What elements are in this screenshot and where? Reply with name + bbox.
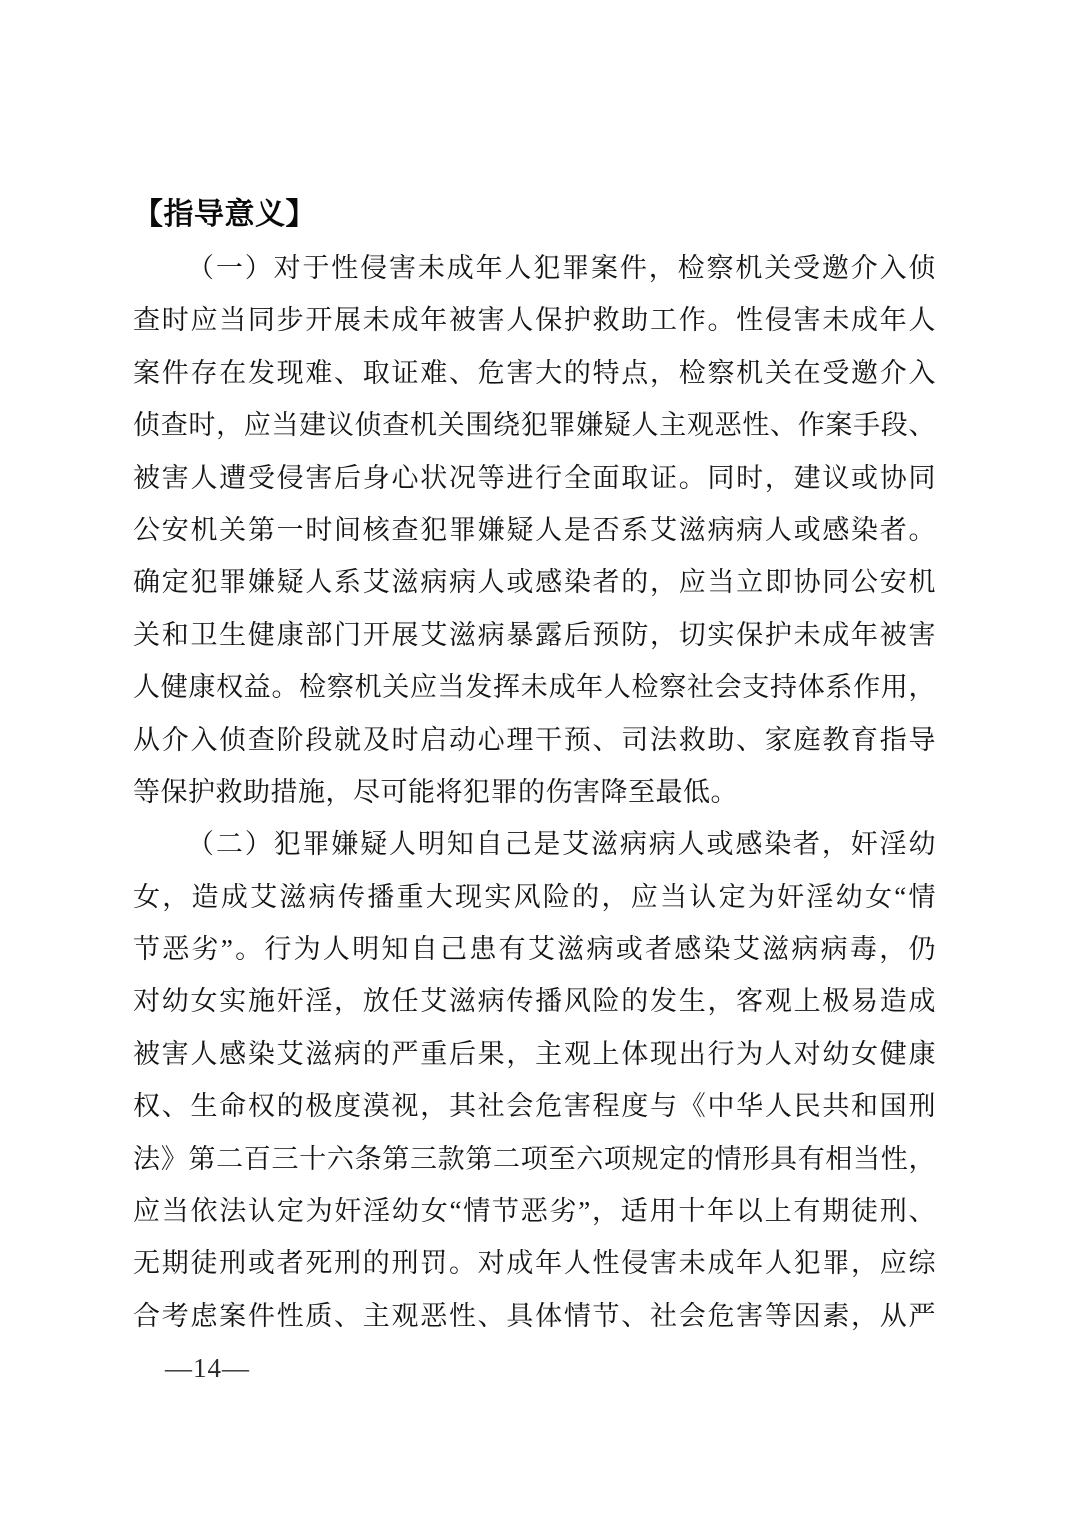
text-line: 被害人遭受侵害后身心状况等进行全面取证。同时，建议或协同 [133,452,936,504]
text-line: 节恶劣”。行为人明知自己患有艾滋病或者感染艾滋病病毒，仍 [133,923,936,975]
text-line: 合考虑案件性质、主观恶性、具体情节、社会危害等因素，从严 [133,1290,936,1342]
text-line: 等保护救助措施，尽可能将犯罪的伤害降至最低。 [133,766,936,818]
text-line: 从介入侦查阶段就及时启动心理干预、司法救助、家庭教育指导 [133,714,936,766]
text-line: 权、生命权的极度漠视，其社会危害程度与《中华人民共和国刑 [133,1080,936,1132]
text-line: （二）犯罪嫌疑人明知自己是艾滋病病人或感染者，奸淫幼 [133,818,936,870]
text-line: 查时应当同步开展未成年被害人保护救助工作。性侵害未成年人 [133,294,936,346]
text-line: 女，造成艾滋病传播重大现实风险的，应当认定为奸淫幼女“情 [133,871,936,923]
paragraph-1: （一）对于性侵害未成年人犯罪案件，检察机关受邀介入侦查时应当同步开展未成年被害人… [133,242,936,818]
paragraph-2: （二）犯罪嫌疑人明知自己是艾滋病病人或感染者，奸淫幼女，造成艾滋病传播重大现实风… [133,818,936,1342]
document-content: 【指导意义】 （一）对于性侵害未成年人犯罪案件，检察机关受邀介入侦查时应当同步开… [133,196,936,1342]
text-line: 无期徒刑或者死刑的刑罚。对成年人性侵害未成年人犯罪，应综 [133,1237,936,1289]
text-line: 公安机关第一时间核查犯罪嫌疑人是否系艾滋病病人或感染者。 [133,504,936,556]
text-line: 应当依法认定为奸淫幼女“情节恶劣”，适用十年以上有期徒刑、 [133,1185,936,1237]
document-body: （一）对于性侵害未成年人犯罪案件，检察机关受邀介入侦查时应当同步开展未成年被害人… [133,242,936,1342]
text-line: 确定犯罪嫌疑人系艾滋病病人或感染者的，应当立即协同公安机 [133,556,936,608]
text-line: 侦查时，应当建议侦查机关围绕犯罪嫌疑人主观恶性、作案手段、 [133,399,936,451]
section-heading: 【指导意义】 [133,196,936,234]
text-line: 法》第二百三十六条第三款第二项至六项规定的情形具有相当性， [133,1133,936,1185]
text-line: 案件存在发现难、取证难、危害大的特点，检察机关在受邀介入 [133,347,936,399]
text-line: 被害人感染艾滋病的严重后果，主观上体现出行为人对幼女健康 [133,1028,936,1080]
text-line: 人健康权益。检察机关应当发挥未成年人检察社会支持体系作用， [133,661,936,713]
page-number: —14— [165,1345,250,1391]
text-line: 关和卫生健康部门开展艾滋病暴露后预防，切实保护未成年被害 [133,609,936,661]
text-line: 对幼女实施奸淫，放任艾滋病传播风险的发生，客观上极易造成 [133,975,936,1027]
text-line: （一）对于性侵害未成年人犯罪案件，检察机关受邀介入侦 [133,242,936,294]
document-page: 【指导意义】 （一）对于性侵害未成年人犯罪案件，检察机关受邀介入侦查时应当同步开… [0,0,1074,1520]
